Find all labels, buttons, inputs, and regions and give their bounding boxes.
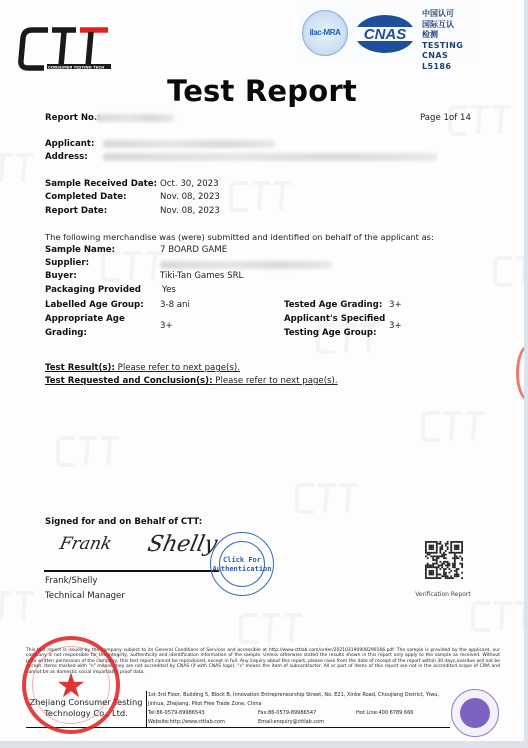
footer-fax: Fax:86-0579-89986547	[258, 710, 316, 716]
sample-received-value: Oct. 30, 2023	[160, 179, 219, 189]
signature-frank: Frank	[58, 534, 114, 554]
completed-date-label: Completed Date:	[45, 192, 126, 202]
conclusion-line: Test Requested and Conclusion(s): Please…	[45, 368, 338, 387]
buyer-value: Tiki-Tan Games SRL	[160, 271, 243, 281]
address-redacted	[103, 153, 437, 161]
cnas-accreditation-text: 中国认可 国际互认 检测 TESTING CNAS L5186	[422, 9, 478, 72]
completed-date-value: Nov. 08, 2023	[160, 192, 220, 202]
packaging-value: Yes	[162, 285, 176, 295]
packaging-label: Packaging Provided	[45, 285, 141, 295]
accreditation-logos: ilac-MRA CNAS 中国认可 国际互认 检测 TESTING CNAS …	[298, 6, 478, 64]
conclusion-value: Please refer to next page(s).	[213, 376, 338, 386]
report-no-label: Report No.:	[45, 113, 101, 123]
ctt-watermark-icon	[55, 435, 121, 468]
footer-tel: Tel:86-0579-89986543	[148, 710, 205, 716]
ctt-watermark-icon	[238, 612, 304, 645]
mascot-logo-icon	[451, 689, 499, 737]
appropriate-age-value: 3+	[160, 321, 173, 331]
footer-divider	[146, 691, 147, 728]
svg-text:CONSUMER TESTING TECH: CONSUMER TESTING TECH	[48, 64, 105, 69]
qr-code-icon[interactable]	[425, 537, 463, 583]
ctt-watermark-icon	[0, 152, 36, 185]
sample-name-label: Sample Name:	[45, 245, 115, 255]
tested-age-value: 3+	[389, 300, 402, 310]
sample-name-value: 7 BOARD GAME	[160, 245, 227, 255]
buyer-label: Buyer:	[45, 271, 77, 281]
ctt-watermark-icon	[0, 590, 36, 623]
footer-address-1: 1st-3rd Floor, Building 5, Block B, Inno…	[148, 692, 439, 698]
ctt-watermark-icon	[420, 410, 486, 443]
svg-text:CNAS: CNAS	[364, 26, 407, 43]
supplier-label: Supplier:	[45, 258, 89, 268]
report-date-label: Report Date:	[45, 206, 107, 216]
ctt-logo: CONSUMER TESTING TECH	[18, 26, 113, 74]
labelled-age-value: 3-8 ani	[160, 300, 190, 310]
ctt-watermark-icon	[294, 482, 360, 515]
verification-report-label: Verification Report	[408, 591, 478, 598]
signature-shelly: Shelly	[145, 532, 219, 557]
appropriate-age-label: Appropriate Age Grading:	[45, 314, 125, 338]
report-no-redacted	[96, 114, 174, 122]
ctt-watermark-icon	[492, 255, 524, 288]
signed-label: Signed for and on Behalf of CTT:	[45, 517, 202, 527]
applicant-redacted	[103, 140, 275, 148]
address-label: Address:	[45, 152, 88, 162]
report-page: CONSUMER TESTING TECH ilac-MRA CNAS 中国认可…	[0, 0, 524, 741]
ctt-watermark-icon	[228, 180, 294, 213]
merchandise-intro: The following merchandise was (were) sub…	[45, 232, 434, 242]
company-name: Zhejiang Consumer Testing Technology Co.…	[26, 697, 146, 719]
sample-received-label: Sample Received Date:	[45, 179, 157, 189]
disclaimer-text: This test report is issued by the compan…	[26, 648, 500, 675]
labelled-age-label: Labelled Age Group:	[45, 300, 144, 310]
footer-hotline: Hot Line:400 6789 666	[356, 710, 413, 716]
signer-title: Technical Manager	[45, 591, 125, 601]
signature-line	[44, 570, 219, 572]
footer-address-2: Jinhua, Zhejiang, Pilot Free Trade Zone,…	[148, 701, 262, 707]
applicant-specified-age-label: Applicant's Specified Testing Age Group:	[284, 314, 385, 338]
applicant-specified-age-value: 3+	[389, 321, 402, 331]
ctt-watermark-icon	[470, 600, 524, 633]
footer-rule	[26, 727, 450, 728]
signer-names: Frank/Shelly	[45, 576, 98, 586]
conclusion-label: Test Requested and Conclusion(s):	[45, 376, 213, 386]
report-date-value: Nov. 08, 2023	[160, 206, 220, 216]
supplier-redacted	[160, 261, 332, 269]
footer-email[interactable]: Email:enquiry@cttlab.com	[258, 719, 324, 725]
page-title: Test Report	[0, 74, 524, 108]
ilac-mra-logo: ilac-MRA	[302, 10, 348, 56]
applicant-label: Applicant:	[45, 139, 94, 149]
page-indicator: Page 1of 14	[420, 113, 471, 123]
click-for-authentication-button[interactable]: Click For Authentication	[211, 556, 273, 574]
authentication-stamp[interactable]: Click For Authentication	[210, 532, 274, 596]
tested-age-label: Tested Age Grading:	[284, 300, 382, 310]
footer-website[interactable]: Website:http://www.cttlab.com	[148, 719, 225, 725]
orange-arc-decoration	[516, 345, 524, 401]
cnas-logo: CNAS	[354, 14, 416, 54]
